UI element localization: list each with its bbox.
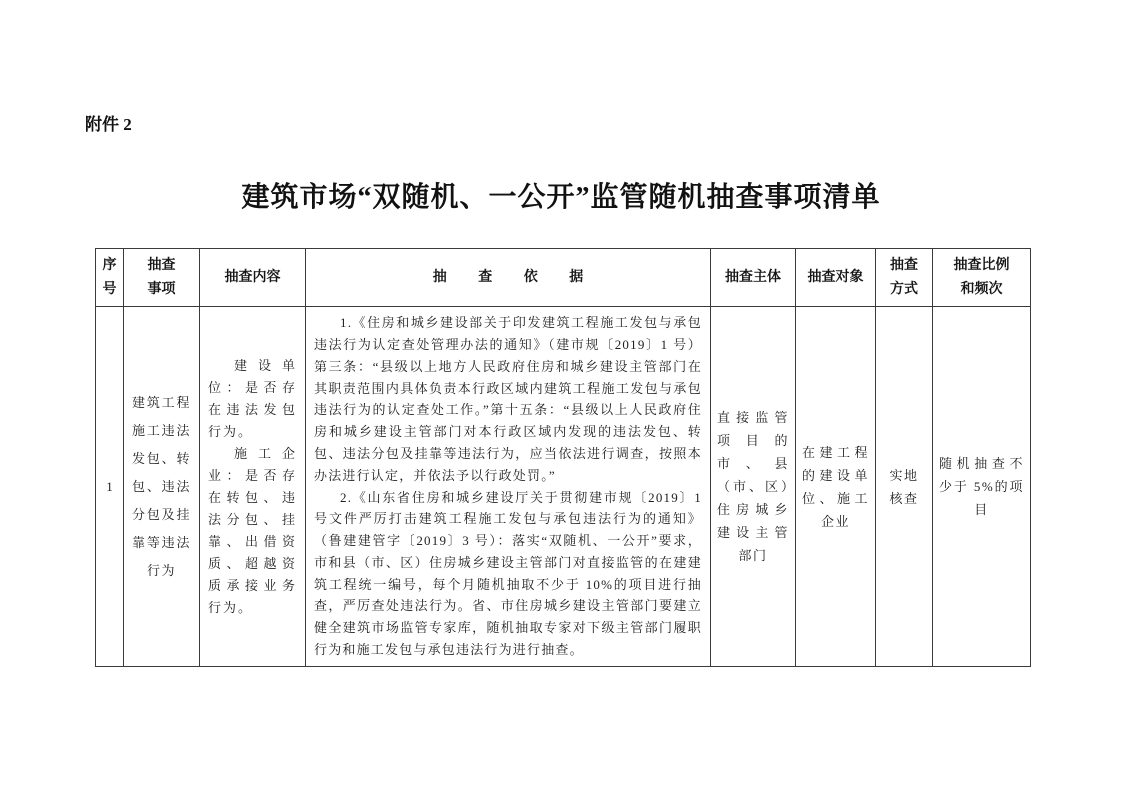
cell-inspection-subject: 直接监管项目的市、县（市、区）住房城乡建设主管部门 [711,307,796,667]
table-header-row: 序号 抽查事项 抽查内容 抽 查 依 据 抽查主体 抽查对象 抽 [96,249,1031,307]
header-inspection-subject: 抽查主体 [711,249,796,307]
inspection-basis-paragraph-1: 1.《住房和城乡建设部关于印发建筑工程施工发包与承包违法行为认定查处管理办法的通… [314,312,702,486]
header-inspection-method: 抽查方式 [876,249,933,307]
cell-inspection-method: 实地核查 [876,307,933,667]
header-inspection-method-label: 抽查方式 [889,254,919,302]
cell-serial-number: 1 [96,307,124,667]
header-inspection-basis-label: 抽 查 依 据 [433,270,584,285]
inspection-ratio-frequency-text: 随机抽查不少于 5%的项目 [939,452,1024,521]
header-inspection-object: 抽查对象 [796,249,876,307]
inspection-content-paragraph-2: 施工企业：是否存在转包、违法分包、挂靠、出借资质、超越资质承接业务行为。 [208,443,297,619]
cell-inspection-ratio-frequency: 随机抽查不少于 5%的项目 [933,307,1031,667]
header-serial-number-label: 序号 [101,254,117,302]
table-row: 1 建筑工程施工违法发包、转包、违法分包及挂靠等违法行为 建设单位：是否存在违法… [96,307,1031,667]
document-page: 附件 2 建筑市场“双随机、一公开”监管随机抽查事项清单 序号 抽查事项 抽查内 [0,0,1122,793]
header-inspection-content-label: 抽查内容 [225,270,281,285]
header-inspection-ratio-frequency-label: 抽查比例和频次 [952,254,1010,302]
inspection-method-text: 实地核查 [888,464,919,510]
inspection-items-table: 序号 抽查事项 抽查内容 抽 查 依 据 抽查主体 抽查对象 抽 [95,248,1031,667]
header-inspection-basis: 抽 查 依 据 [306,249,711,307]
inspection-object-text: 在建工程的建设单位、施工企业 [802,441,869,533]
inspection-content-paragraph-1: 建设单位：是否存在违法发包行为。 [208,355,297,443]
header-inspection-item-label: 抽查事项 [146,254,176,302]
inspection-subject-text: 直接监管项目的市、县（市、区）住房城乡建设主管部门 [717,406,789,567]
header-inspection-ratio-frequency: 抽查比例和频次 [933,249,1031,307]
attachment-label: 附件 2 [85,110,132,135]
inspection-item-text: 建筑工程施工违法发包、转包、违法分包及挂靠等违法行为 [132,389,191,585]
inspection-basis-paragraph-2: 2.《山东省住房和城乡建设厅关于贯彻建市规〔2019〕1 号文件严厉打击建筑工程… [314,487,702,661]
header-inspection-object-label: 抽查对象 [808,270,864,285]
header-inspection-subject-label: 抽查主体 [725,270,781,285]
cell-inspection-basis: 1.《住房和城乡建设部关于印发建筑工程施工发包与承包违法行为认定查处管理办法的通… [306,307,711,667]
header-inspection-content: 抽查内容 [200,249,306,307]
header-inspection-item: 抽查事项 [124,249,200,307]
cell-inspection-content: 建设单位：是否存在违法发包行为。 施工企业：是否存在转包、违法分包、挂靠、出借资… [200,307,306,667]
page-title: 建筑市场“双随机、一公开”监管随机抽查事项清单 [0,175,1122,215]
cell-inspection-object: 在建工程的建设单位、施工企业 [796,307,876,667]
cell-inspection-item: 建筑工程施工违法发包、转包、违法分包及挂靠等违法行为 [124,307,200,667]
header-serial-number: 序号 [96,249,124,307]
